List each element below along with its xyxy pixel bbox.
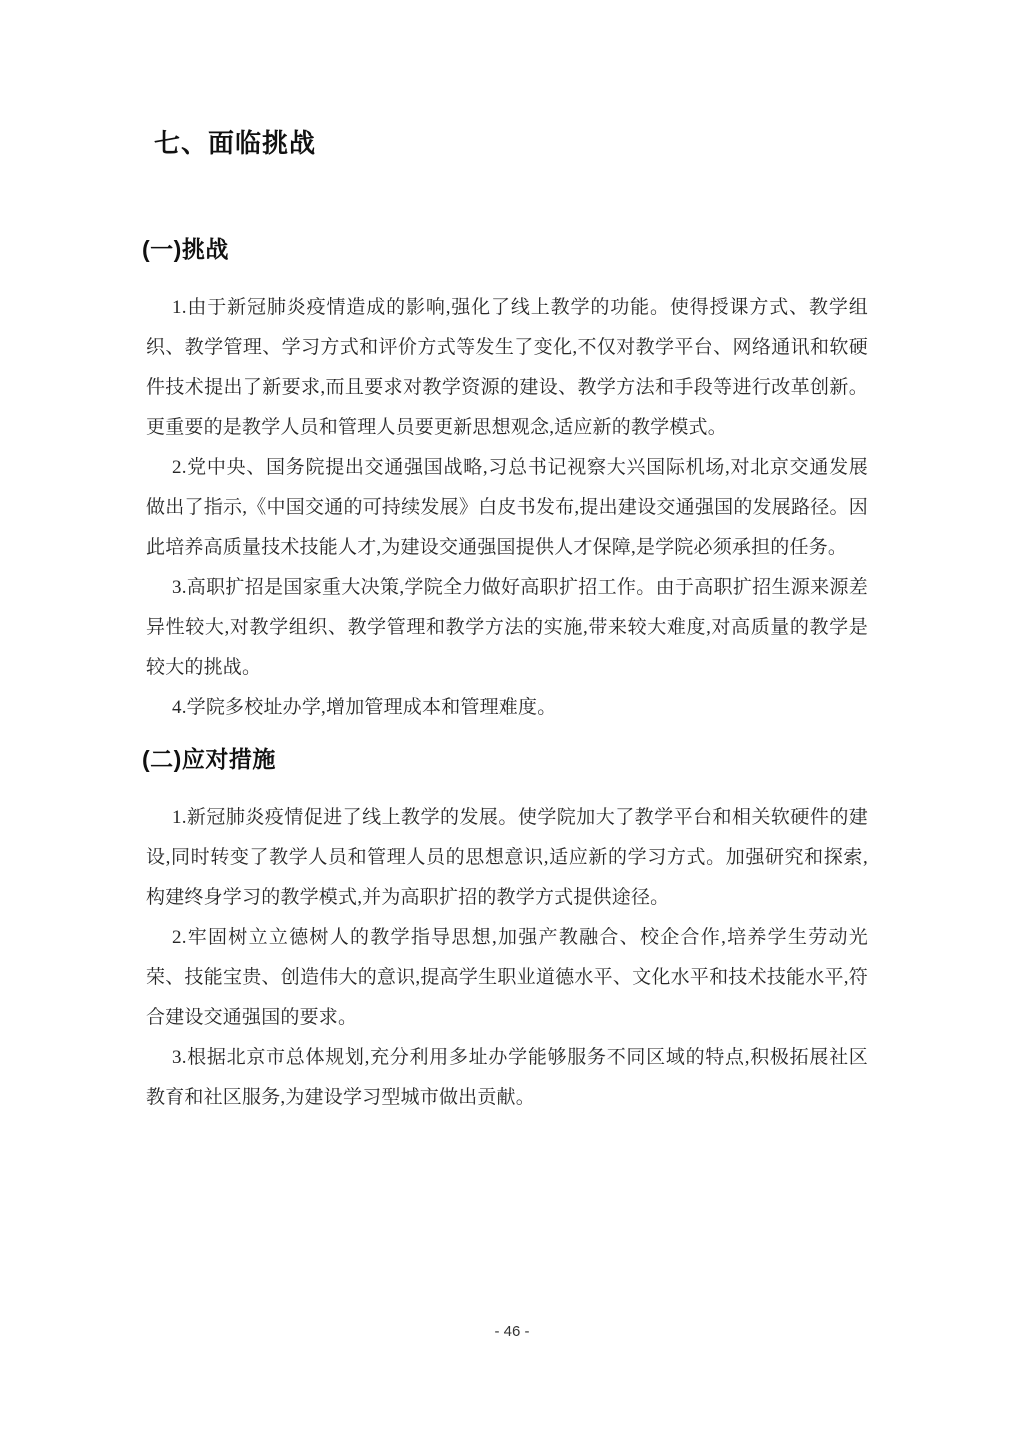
section-body-challenges: 1.由于新冠肺炎疫情造成的影响,强化了线上教学的功能。使得授课方式、教学组织、教…	[146, 288, 868, 728]
paragraph-measure-1: 1.新冠肺炎疫情促进了线上教学的发展。使学院加大了教学平台和相关软硬件的建设,同…	[146, 798, 868, 918]
paragraph-challenge-4: 4.学院多校址办学,增加管理成本和管理难度。	[146, 688, 868, 728]
paragraph-challenge-2: 2.党中央、国务院提出交通强国战略,习总书记视察大兴国际机场,对北京交通发展做出…	[146, 448, 868, 568]
paragraph-challenge-3: 3.高职扩招是国家重大决策,学院全力做好高职扩招工作。由于高职扩招生源来源差异性…	[146, 568, 868, 688]
page-title: 七、面临挑战	[154, 126, 868, 160]
section-heading-measures: (二)应对措施	[142, 744, 868, 774]
page-number: - 46 -	[0, 1322, 1024, 1342]
paragraph-challenge-1: 1.由于新冠肺炎疫情造成的影响,强化了线上教学的功能。使得授课方式、教学组织、教…	[146, 288, 868, 448]
document-page: 七、面临挑战 (一)挑战 1.由于新冠肺炎疫情造成的影响,强化了线上教学的功能。…	[0, 0, 1024, 1448]
paragraph-measure-3: 3.根据北京市总体规划,充分利用多址办学能够服务不同区域的特点,积极拓展社区教育…	[146, 1038, 868, 1118]
paragraph-measure-2: 2.牢固树立立德树人的教学指导思想,加强产教融合、校企合作,培养学生劳动光荣、技…	[146, 918, 868, 1038]
section-heading-challenges: (一)挑战	[142, 234, 868, 264]
section-body-measures: 1.新冠肺炎疫情促进了线上教学的发展。使学院加大了教学平台和相关软硬件的建设,同…	[146, 798, 868, 1118]
document-content: 七、面临挑战 (一)挑战 1.由于新冠肺炎疫情造成的影响,强化了线上教学的功能。…	[146, 0, 868, 1118]
